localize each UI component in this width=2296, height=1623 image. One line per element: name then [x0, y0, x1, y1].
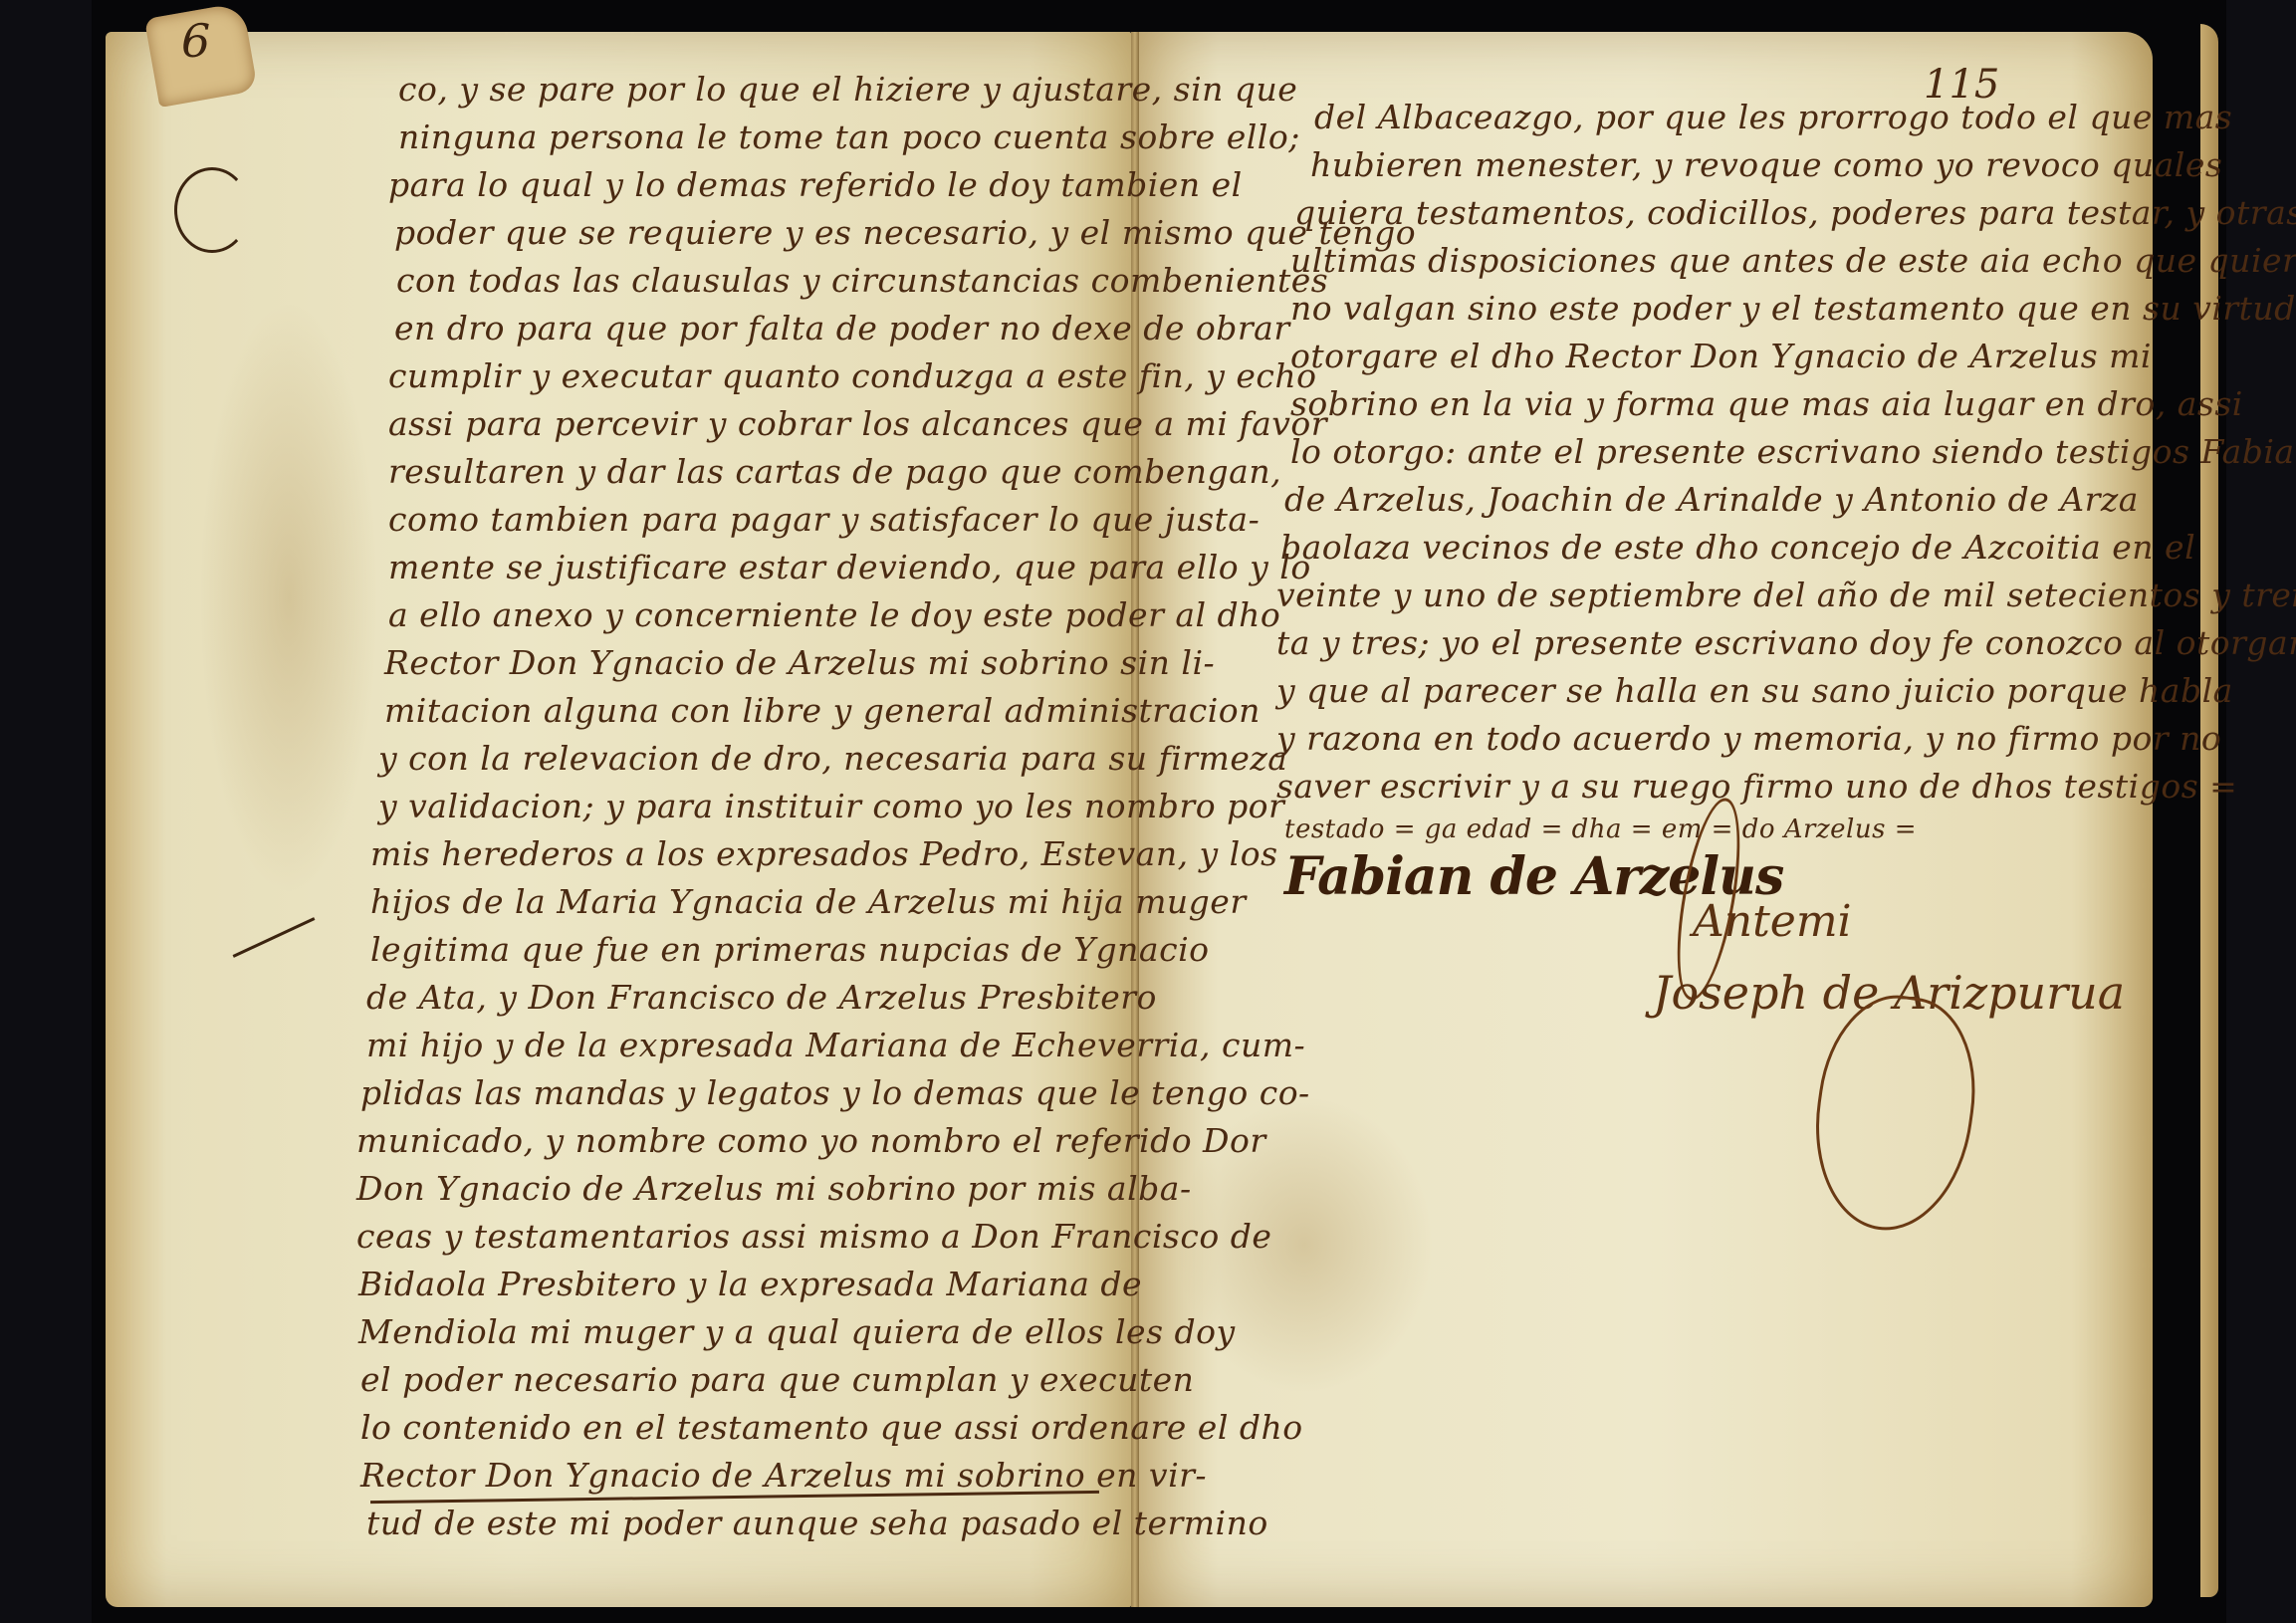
- text-line: lo contenido en el testamento que assi o…: [360, 1408, 1303, 1447]
- text-line: como tambien para pagar y satisfacer lo …: [388, 500, 1260, 539]
- text-line: hubieren menester, y revoque como yo rev…: [1310, 145, 2222, 184]
- text-line: Don Ygnacio de Arzelus mi sobrino por mi…: [356, 1169, 1192, 1208]
- text-line: poder que se requiere y es necesario, y …: [394, 213, 1416, 252]
- text-line: no valgan sino este poder y el testament…: [1290, 289, 2296, 328]
- text-line: y razona en todo acuerdo y memoria, y no…: [1276, 719, 2221, 758]
- text-line: mi hijo y de la expresada Mariana de Ech…: [366, 1026, 1305, 1064]
- text-line: veinte y uno de septiembre del año de mi…: [1276, 576, 2296, 614]
- text-line: cumplir y executar quanto conduzga a est…: [388, 356, 1317, 395]
- text-line: y que al parecer se halla en su sano jui…: [1276, 671, 2233, 710]
- text-line: mis herederos a los expresados Pedro, Es…: [370, 834, 1278, 873]
- text-line: legitima que fue en primeras nupcias de …: [370, 930, 1210, 969]
- text-line: y con la relevacion de dro, necesaria pa…: [378, 739, 1287, 778]
- corner-mark: 6: [181, 14, 210, 68]
- text-line: baolaza vecinos de este dho concejo de A…: [1280, 528, 2195, 567]
- text-line: ceas y testamentarios assi mismo a Don F…: [356, 1217, 1271, 1256]
- text-line: a ello anexo y concerniente le doy este …: [388, 595, 1280, 634]
- text-line: quiera testamentos, codicillos, poderes …: [1294, 193, 2296, 232]
- text-line: lo otorgo: ante el presente escrivano si…: [1290, 432, 2296, 471]
- text-line: municado, y nombre como yo nombro el ref…: [356, 1121, 1266, 1160]
- text-line: resultaren y dar las cartas de pago que …: [388, 452, 1281, 491]
- text-line: para lo qual y lo demas referido le doy …: [388, 165, 1243, 204]
- text-line: mente se justificare estar deviendo, que…: [388, 548, 1311, 586]
- notary-signature-line1: Antemi: [1693, 896, 1852, 947]
- text-line: y validacion; y para instituir como yo l…: [378, 787, 1284, 825]
- text-line: saver escrivir y a su ruego firmo uno de…: [1276, 767, 2237, 806]
- text-line: mitacion alguna con libre y general admi…: [384, 691, 1261, 730]
- text-line: con todas las clausulas y circunstancias…: [396, 261, 1328, 300]
- text-line: Mendiola mi muger y a qual quiera de ell…: [358, 1312, 1236, 1351]
- paper-stain: [199, 299, 378, 896]
- text-line: Rector Don Ygnacio de Arzelus mi sobrino…: [384, 643, 1215, 682]
- text-line: tud de este mi poder aunque seha pasado …: [366, 1504, 1268, 1542]
- text-line: de Arzelus, Joachin de Arinalde y Antoni…: [1284, 480, 2139, 519]
- text-line: Rector Don Ygnacio de Arzelus mi sobrino…: [360, 1456, 1207, 1495]
- text-line: hijos de la Maria Ygnacia de Arzelus mi …: [370, 882, 1247, 921]
- text-line: de Ata, y Don Francisco de Arzelus Presb…: [366, 978, 1157, 1017]
- text-line: sobrino en la via y forma que mas aia lu…: [1290, 384, 2243, 423]
- margin-flourish-icon: [174, 167, 250, 253]
- text-line: ta y tres; yo el presente escrivano doy …: [1276, 623, 2296, 662]
- text-line: en dro para que por falta de poder no de…: [394, 309, 1290, 348]
- text-line: assi para percevir y cobrar los alcances…: [388, 404, 1327, 443]
- text-line: co, y se pare por lo que el hiziere y aj…: [398, 70, 1297, 109]
- text-line: plidas las mandas y legatos y lo demas q…: [360, 1073, 1310, 1112]
- text-line: testado = ga edad = dha = em = do Arzelu…: [1284, 814, 1917, 844]
- text-line: ultimas disposiciones que antes de este …: [1290, 241, 2296, 280]
- scan-background-left: [0, 0, 92, 1623]
- text-line: ninguna persona le tome tan poco cuenta …: [398, 117, 1300, 156]
- text-line: del Albaceazgo, por que les prorrogo tod…: [1314, 98, 2232, 136]
- text-line: otorgare el dho Rector Don Ygnacio de Ar…: [1290, 337, 2152, 375]
- text-line: el poder necesario para que cumplan y ex…: [360, 1360, 1194, 1399]
- text-line: Bidaola Presbitero y la expresada Marian…: [358, 1265, 1142, 1303]
